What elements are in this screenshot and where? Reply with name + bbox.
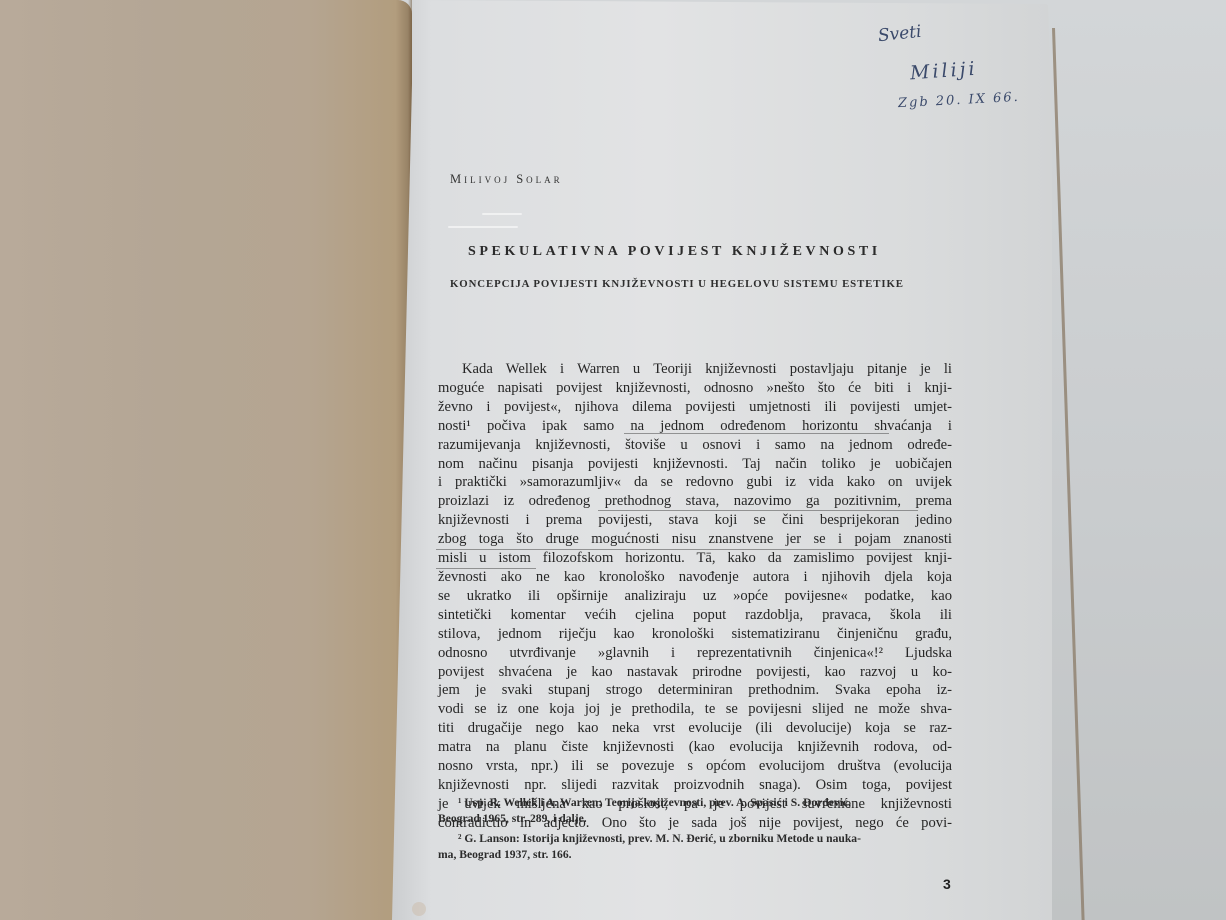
pencil-underline — [598, 510, 918, 511]
body-line: nom načinu pisanja povijesti književnost… — [438, 455, 952, 474]
body-line: matra na planu čiste književnosti (kao e… — [438, 738, 952, 757]
pencil-underline — [624, 433, 889, 434]
body-line: se ukratko ili opširnije analiziraju uz … — [438, 587, 952, 606]
body-line: i praktički »samorazumljiv« da se redovn… — [438, 473, 952, 492]
body-line: povijest shvaćena je kao nastavak prirod… — [438, 663, 952, 682]
body-line: književnosti i prema povijesti, stava ko… — [438, 511, 952, 530]
body-line: ževnosti ako ne kao kronološko navođenje… — [438, 568, 952, 587]
paper-crease — [482, 213, 522, 215]
body-line: nosno vrsta, npr.) ili se povezuje s opć… — [438, 757, 952, 776]
footnote-2: ² G. Lanson: Istorija književnosti, prev… — [438, 831, 960, 847]
page-number: 3 — [943, 876, 951, 892]
body-line: zbog toga što druge mogućnosti nisu znan… — [438, 530, 952, 549]
body-line: jem je svaki stupanj strogo determiniran… — [438, 681, 952, 700]
body-line: odnosno utvrđivanje »glavnih i reprezent… — [438, 644, 952, 663]
footnote-2-cont: ma, Beograd 1937, str. 166. — [438, 847, 960, 863]
article-title: SPEKULATIVNA POVIJEST KNJIŽEVNOSTI — [468, 244, 948, 260]
footnote-1: ¹ Usp. R. Wellek i A. Warren: Teorija kn… — [438, 795, 960, 811]
page-stain — [412, 902, 426, 916]
paper-crease — [448, 226, 518, 228]
body-line: sintetički komentar većih cjelina poput … — [438, 606, 952, 625]
pencil-underline — [436, 549, 946, 550]
body-line: Kada Wellek i Warren u Teoriji književno… — [438, 360, 952, 379]
printed-page-content: Milivoj Solar SPEKULATIVNA POVIJEST KNJI… — [430, 0, 960, 920]
left-page-cover — [0, 0, 412, 920]
body-line: moguće napisati povijest književnosti, o… — [438, 379, 952, 398]
body-line: titi drugačije nego kao neka vrst evoluc… — [438, 719, 952, 738]
body-line: misli u istom filozofskom horizontu. Tā,… — [438, 549, 952, 568]
body-line: vodi se iz one koja joj je prethodila, t… — [438, 700, 952, 719]
body-line: književnosti npr. slijedi razvitak proiz… — [438, 776, 952, 795]
body-line: razumijevanja književnosti, štoviše u os… — [438, 436, 952, 455]
footnote-1-cont: Beograd 1965, str. 289, i dalje. — [438, 811, 960, 827]
author-name: Milivoj Solar — [450, 172, 563, 187]
body-line: proizlazi iz određenog prethodnog stava,… — [438, 492, 952, 511]
footnotes: ¹ Usp. R. Wellek i A. Warren: Teorija kn… — [438, 795, 960, 863]
body-line: ževno i povijest«, njihova dilema povije… — [438, 398, 952, 417]
body-paragraph: Kada Wellek i Warren u Teoriji književno… — [438, 360, 952, 833]
body-line: stilova, jednom riječju kao kronološki s… — [438, 625, 952, 644]
pencil-underline — [436, 568, 536, 569]
article-subtitle: KONCEPCIJA POVIJESTI KNJIŽEVNOSTI U HEGE… — [450, 278, 960, 290]
